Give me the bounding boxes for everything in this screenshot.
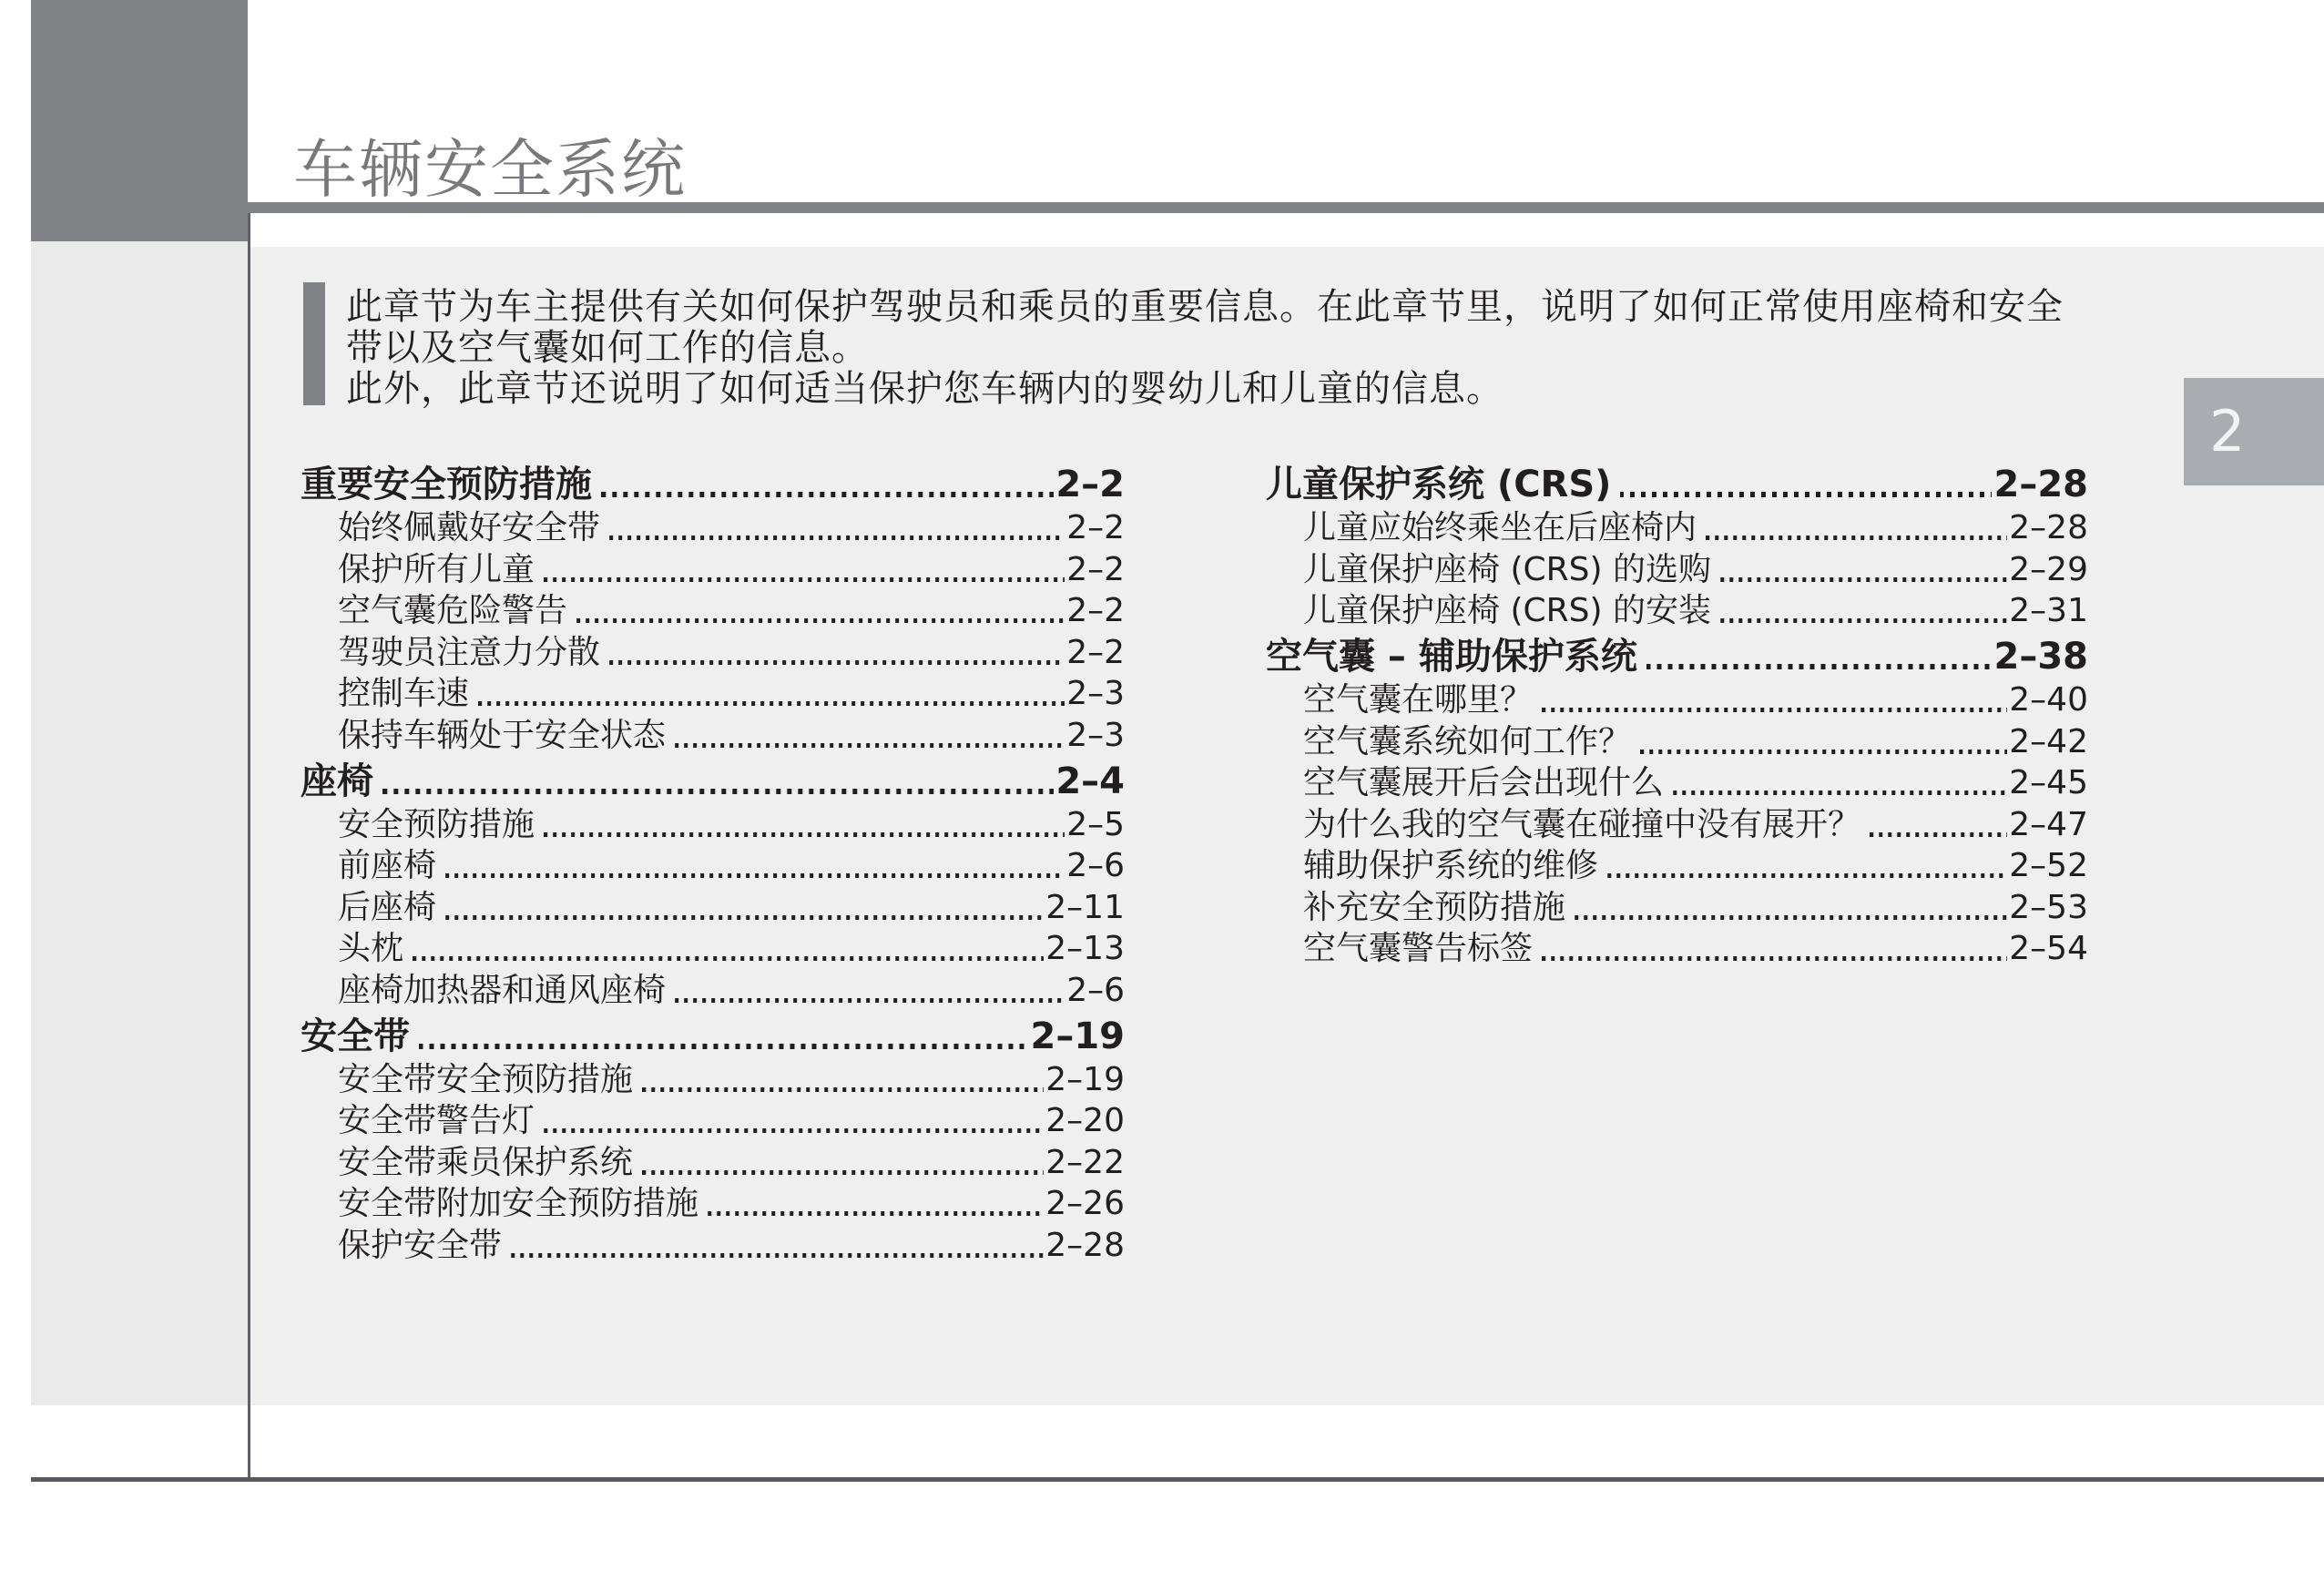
toc-entry-label: 为什么我的空气囊在碰撞中没有展开？ [1303,809,1860,842]
leader-dots [675,743,1065,748]
toc-entry-label: 后座椅 [338,892,436,924]
toc-entry-label: 辅助保护系统的维修 [1303,850,1598,882]
leader-dots [1640,750,2007,754]
toc-entry-label: 控制车速 [338,678,469,710]
toc-entry: 安全预防措施2–5 [301,809,1125,842]
toc-entry-label: 安全带警告灯 [338,1105,535,1137]
leader-dots [1870,832,2007,837]
toc-entry-label: 座椅加热器和通风座椅 [338,974,666,1007]
toc-entry: 空气囊系统如何工作？2–42 [1266,726,2088,759]
toc-entry-label: 安全预防措施 [338,809,535,842]
toc-entry: 驾驶员注意力分散2–2 [301,637,1125,669]
toc-entry: 安全带乘员保护系统2–22 [301,1147,1125,1179]
toc-page-number: 2–13 [1045,933,1125,965]
sidebar-strip [31,241,248,1405]
leader-dots [1575,915,2007,920]
toc-page-number: 2–38 [1994,638,2089,675]
leader-dots [1542,956,2007,961]
toc-entry: 空气囊在哪里？2–40 [1266,684,2088,717]
chapter-title: 车辆安全系统 [293,137,687,202]
toc-page-number: 2–45 [2009,767,2088,800]
toc-entry: 为什么我的空气囊在碰撞中没有展开？2–47 [1266,809,2088,842]
toc-page-number: 2–19 [1045,1064,1125,1097]
toc-entry-label: 空气囊 – 辅助保护系统 [1266,638,1637,675]
toc-entry: 安全带附加安全预防措施2–26 [301,1188,1125,1220]
toc-entry-label: 保持车辆处于安全状态 [338,719,666,752]
toc-entry-label: 儿童保护座椅 (CRS) 的选购 [1303,554,1711,587]
intro-line: 此外，此章节还说明了如何适当保护您车辆内的婴幼儿和儿童的信息。 [346,369,2064,410]
toc-entry: 空气囊展开后会出现什么2–45 [1266,767,2088,800]
toc-entry-label: 安全带乘员保护系统 [338,1147,633,1179]
toc-entry: 安全带警告灯2–20 [301,1105,1125,1137]
leader-dots [478,701,1065,706]
toc-section-heading: 空气囊 – 辅助保护系统2–38 [1266,638,2088,675]
toc-entry-label: 驾驶员注意力分散 [338,637,600,669]
toc-entry-label: 空气囊系统如何工作？ [1303,726,1631,759]
toc-page-number: 2–2 [1066,595,1125,627]
toc-entry-label: 空气囊在哪里？ [1303,684,1533,717]
toc-entry-label: 重要安全预防措施 [301,466,592,503]
toc-entry: 补充安全预防措施2–53 [1266,892,2088,924]
toc-page-number: 2–47 [2009,809,2088,842]
leader-dots [1673,791,2007,795]
toc-column-left: 重要安全预防措施2–2始终佩戴好安全带2–2保护所有儿童2–2空气囊危险警告2–… [301,466,1125,1270]
toc-entry-label: 保护所有儿童 [338,554,535,587]
leader-dots [544,832,1065,837]
intro-line: 带以及空气囊如何工作的信息。 [346,328,2064,369]
toc-column-right: 儿童保护系统 (CRS)2–28儿童应始终乘坐在后座椅内2–28儿童保护座椅 (… [1266,466,2088,974]
leader-dots [642,1087,1044,1092]
toc-entry: 控制车速2–3 [301,678,1125,710]
toc-page-number: 2–2 [1066,512,1125,545]
toc-page-number: 2–4 [1055,763,1125,800]
toc-page-number: 2–28 [1994,466,2089,503]
leader-dots [609,660,1065,665]
toc-entry: 保护安全带2–28 [301,1229,1125,1262]
toc-entry-label: 儿童应始终乘坐在后座椅内 [1303,512,1697,545]
toc-entry-label: 空气囊展开后会出现什么 [1303,767,1664,800]
toc-entry-label: 儿童保护系统 (CRS) [1266,466,1611,503]
toc-section-heading: 安全带2–19 [301,1018,1125,1055]
leader-dots [1706,536,2007,540]
intro-accent-bar [303,282,325,405]
manual-page: 车辆安全系统 2 此章节为车主提供有关如何保护驾驶员和乘员的重要信息。在此章节里… [0,0,2324,1571]
leader-dots [1620,492,1992,497]
toc-entry-label: 始终佩戴好安全带 [338,512,600,545]
leader-dots [419,1044,1029,1049]
toc-entry: 保持车辆处于安全状态2–3 [301,719,1125,752]
toc-page-number: 2–31 [2009,595,2088,627]
toc-page-number: 2–5 [1066,809,1125,842]
toc-entry: 安全带安全预防措施2–19 [301,1064,1125,1097]
toc-entry-label: 保护安全带 [338,1229,502,1262]
toc-page-number: 2–53 [2009,892,2088,924]
toc-entry: 座椅加热器和通风座椅2–6 [301,974,1125,1007]
toc-entry: 儿童保护座椅 (CRS) 的安装2–31 [1266,595,2088,627]
leader-dots [445,915,1044,920]
leader-dots [544,1128,1044,1133]
leader-dots [609,536,1065,540]
toc-entry: 空气囊警告标签2–54 [1266,933,2088,965]
leader-dots [675,998,1065,1003]
toc-entry-label: 前座椅 [338,850,436,882]
corner-block [31,0,248,241]
toc-page-number: 2–3 [1066,678,1125,710]
leader-dots [1720,577,2007,582]
toc-section-heading: 重要安全预防措施2–2 [301,466,1125,503]
toc-entry: 后座椅2–11 [301,892,1125,924]
toc-page-number: 2–2 [1066,554,1125,587]
toc-page-number: 2–2 [1066,637,1125,669]
leader-dots [1607,873,2007,878]
toc-section-heading: 儿童保护系统 (CRS)2–28 [1266,466,2088,503]
leader-dots [511,1253,1044,1258]
toc-entry-label: 头枕 [338,933,403,965]
toc-section-heading: 座椅2–4 [301,763,1125,800]
toc-page-number: 2–52 [2009,850,2088,882]
toc-page-number: 2–28 [1045,1229,1125,1262]
toc-entry-label: 安全带 [301,1018,410,1055]
toc-page-number: 2–28 [2009,512,2088,545]
leader-dots [708,1211,1044,1216]
bottom-rule [31,1477,2324,1482]
leader-dots [544,577,1065,582]
leader-dots [601,492,1054,497]
toc-entry-label: 空气囊危险警告 [338,595,567,627]
toc-entry-label: 补充安全预防措施 [1303,892,1565,924]
toc-entry: 前座椅2–6 [301,850,1125,882]
leader-dots [576,618,1065,623]
chapter-tab: 2 [2184,378,2324,485]
toc-entry: 儿童保护座椅 (CRS) 的选购2–29 [1266,554,2088,587]
toc-page-number: 2–40 [2009,684,2088,717]
toc-page-number: 2–19 [1031,1018,1126,1055]
toc-entry-label: 座椅 [301,763,373,800]
toc-entry-label: 儿童保护座椅 (CRS) 的安装 [1303,595,1711,627]
leader-dots [1646,664,1993,669]
toc-page-number: 2–11 [1045,892,1125,924]
toc-entry: 头枕2–13 [301,933,1125,965]
toc-entry-label: 空气囊警告标签 [1303,933,1533,965]
leader-dots [382,789,1054,794]
toc-entry-label: 安全带附加安全预防措施 [338,1188,698,1220]
toc-page-number: 2–6 [1066,974,1125,1007]
leader-dots [413,956,1044,961]
leader-dots [445,873,1065,878]
toc-page-number: 2–42 [2009,726,2088,759]
toc-page-number: 2–2 [1055,466,1125,503]
leader-dots [642,1170,1044,1175]
leader-dots [1720,618,2007,623]
toc-entry: 空气囊危险警告2–2 [301,595,1125,627]
intro-paragraph: 此章节为车主提供有关如何保护驾驶员和乘员的重要信息。在此章节里，说明了如何正常使… [303,282,2064,410]
vertical-rule [248,213,250,1479]
leader-dots [1542,708,2007,712]
toc-entry: 辅助保护系统的维修2–52 [1266,850,2088,882]
toc-page-number: 2–20 [1045,1105,1125,1137]
toc-entry: 儿童应始终乘坐在后座椅内2–28 [1266,512,2088,545]
chapter-number: 2 [2209,403,2245,460]
toc-page-number: 2–26 [1045,1188,1125,1220]
intro-line: 此章节为车主提供有关如何保护驾驶员和乘员的重要信息。在此章节里，说明了如何正常使… [346,287,2064,328]
toc-page-number: 2–22 [1045,1147,1125,1179]
toc-page-number: 2–29 [2009,554,2088,587]
toc-page-number: 2–54 [2009,933,2088,965]
toc-page-number: 2–6 [1066,850,1125,882]
intro-text: 此章节为车主提供有关如何保护驾驶员和乘员的重要信息。在此章节里，说明了如何正常使… [346,282,2064,410]
toc-entry: 保护所有儿童2–2 [301,554,1125,587]
toc-entry-label: 安全带安全预防措施 [338,1064,633,1097]
toc-entry: 始终佩戴好安全带2–2 [301,512,1125,545]
toc-page-number: 2–3 [1066,719,1125,752]
